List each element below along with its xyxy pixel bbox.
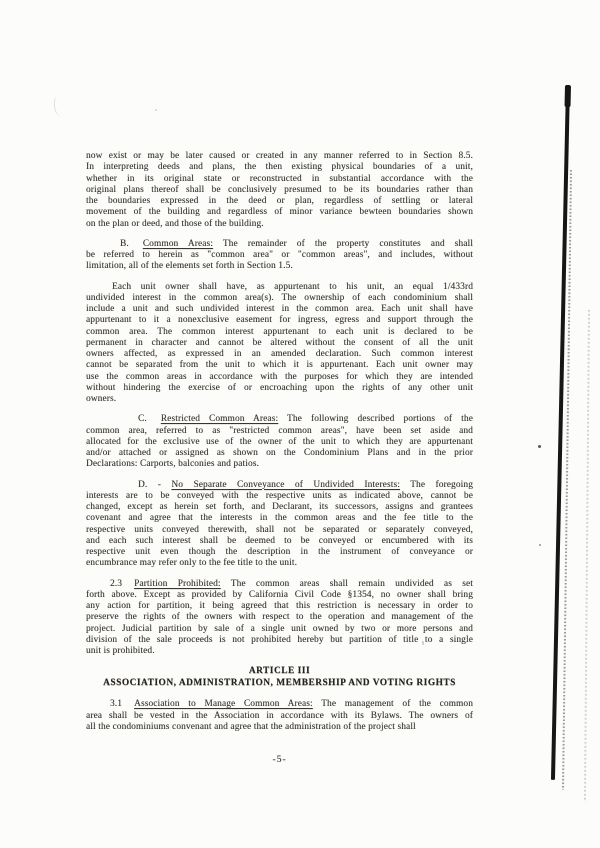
text-line: and/or attached or assigned as shown on … [86,448,473,459]
text-line: division of the sale proceeds is not pro… [86,635,473,646]
text-line: Declarations: Carports, balconies and pa… [86,459,473,470]
text-line: use the common areas in accordance with … [86,372,473,383]
page-number: -5- [86,755,473,765]
scan-speck [422,641,424,645]
text-line: changed, except as herein set forth, and… [86,502,473,513]
text-line: encumbrance may refer only to the fee ti… [86,558,473,569]
text-line: C.Restricted Common Areas: The following… [86,414,473,425]
underlined-clause-title: No Separate Conveyance of Undivided Inte… [171,480,400,490]
text-line: the boundaries expressed in the deed or … [86,196,473,207]
paragraph: 2.3Partition Prohibited: The common area… [86,579,473,658]
underlined-clause-title: Restricted Common Areas: [161,414,278,424]
text-line: forth above. Except as provided by Calif… [86,590,473,601]
tab-space [86,585,110,586]
text-line: any action for partition, it being agree… [86,601,473,612]
text-line: appurtenant to it a nonexclusive easemen… [86,315,473,326]
tab-space [147,420,161,421]
tab-space [122,585,134,586]
text-line: all the condominiums convenant and agree… [86,722,473,733]
text-line: unit is prohibited. [86,646,473,657]
tab-space [86,288,112,289]
text-line: Each unit owner shall have, as appurtena… [86,282,473,293]
text-line: cannot be separated from the unit to whi… [86,360,473,371]
text-line: original plans thereof shall be conclusi… [86,185,473,196]
text-line: whether in its original state or reconst… [86,174,473,185]
text-line: covenant and agree that the interests in… [86,513,473,524]
paragraph: B.Common Areas: The remainder of the pro… [86,239,473,273]
text-line: B.Common Areas: The remainder of the pro… [86,239,473,250]
text-line: allocated for the exclusive use of the o… [86,437,473,448]
text-line: permanent in character and cannot be alt… [86,338,473,349]
text-line: be referred to herein as "common area" o… [86,250,473,261]
text-line: movement of the building and regardless … [86,207,473,218]
underlined-clause-title: Association to Manage Common Areas: [134,699,313,709]
text-line: project. Judicial partition by sale of a… [86,624,473,635]
text-line: In interpreting deeds and plans, the the… [86,162,473,173]
text-line: without hindering the exercise of or enc… [86,383,473,394]
underlined-clause-title: Common Areas: [143,239,213,249]
text-line: respective unit even though the descript… [86,547,473,558]
text-line: and each such interest shall be deemed t… [86,536,473,547]
text-line: common area, referred to as "restricted … [86,426,473,437]
scan-speck [539,544,541,546]
paragraph: C.Restricted Common Areas: The following… [86,414,473,470]
text-line: owners affected, as expressed in an amen… [86,349,473,360]
scan-speck [538,445,541,448]
paragraph: 3.1Association to Manage Common Areas: T… [86,699,473,733]
tab-space [86,486,138,487]
tab-space [86,420,138,421]
scan-grain-line-faint [584,310,590,802]
scan-pencil-mark [53,95,67,116]
text-line: 2.3Partition Prohibited: The common area… [86,579,473,590]
text-line: now exist or may be later caused or crea… [86,151,473,162]
text-line: include a unit and such undivided intere… [86,304,473,315]
text-line: ARTICLE III [86,666,473,678]
document-body: now exist or may be later caused or crea… [86,151,473,742]
scan-speck [155,109,157,111]
paragraph: Each unit owner shall have, as appurtena… [86,282,473,406]
text-line: undivided interest in the common area(s)… [86,293,473,304]
text-line: area shall be vested in the Association … [86,711,473,722]
underlined-clause-title: Partition Prohibited: [134,579,221,589]
text-line: common area. The common interest appurte… [86,327,473,338]
text-line: 3.1Association to Manage Common Areas: T… [86,699,473,710]
tab-space [122,705,134,706]
paragraph: now exist or may be later caused or crea… [86,151,473,230]
text-line: interests are to be conveyed with the re… [86,491,473,502]
text-line: respective units conveyed therewith, sha… [86,525,473,536]
text-line: on the plan or deed, and those of the bu… [86,219,473,230]
article-heading: ARTICLE IIIASSOCIATION, ADMINISTRATION, … [86,666,473,689]
text-line: preserve the rights of the owners with r… [86,612,473,623]
text-line: D. - No Separate Conveyance of Undivided… [86,480,473,491]
text-line: ASSOCIATION, ADMINISTRATION, MEMBERSHIP … [86,678,473,690]
tab-space [86,245,120,246]
tab-space [129,245,143,246]
text-line: owners. [86,394,473,405]
text-line: limitation, all of the elements set fort… [86,261,473,272]
paragraph: D. - No Separate Conveyance of Undivided… [86,480,473,570]
tab-space [86,705,110,706]
